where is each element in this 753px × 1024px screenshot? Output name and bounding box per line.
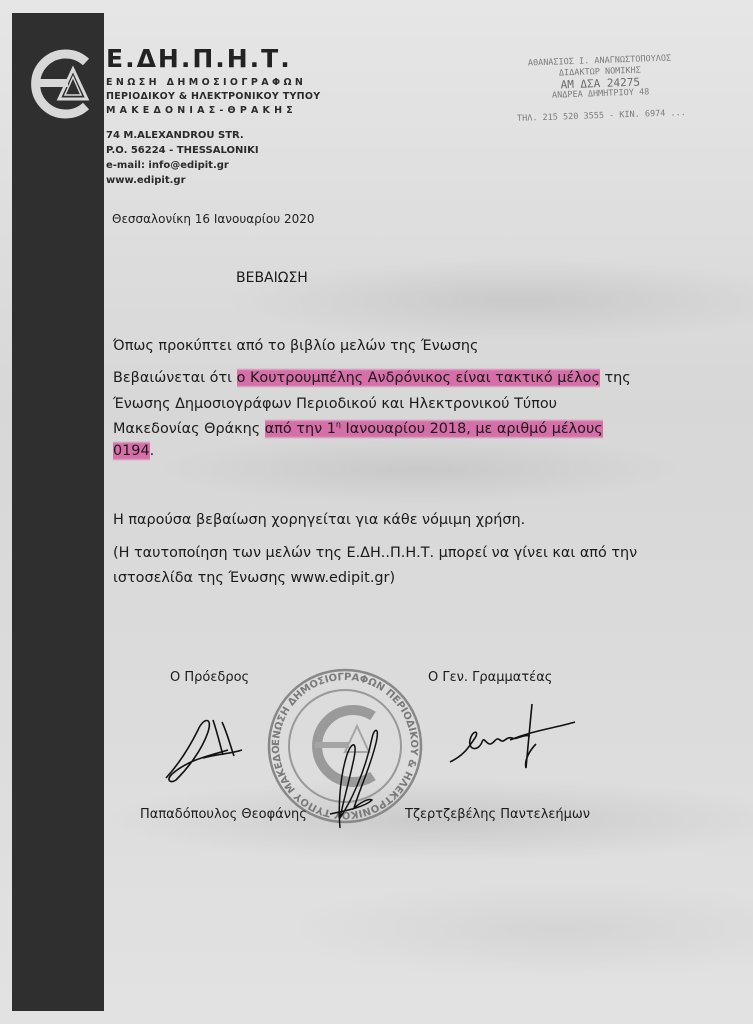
highlighted-text: ο Κουτρουμπέλης Ανδρόνικος είναι τακτικό… bbox=[237, 368, 600, 388]
address-email: e-mail: info@edipit.gr bbox=[106, 160, 229, 171]
seal-overlap-signature bbox=[310, 718, 390, 838]
intro-line: Όπως προκύπτει από το βιβλίο μελών της Έ… bbox=[113, 338, 478, 354]
secretary-role: Ο Γεν. Γραμματέας bbox=[428, 670, 552, 685]
body-line: Ένωσης Δημοσιογράφων Περιοδικού και Ηλεκ… bbox=[113, 396, 557, 412]
body-line: Βεβαιώνεται ότι ο Κουτρουμπέλης Ανδρόνικ… bbox=[113, 370, 631, 386]
secretary-signature bbox=[440, 700, 580, 775]
purpose-line: Η παρούσα βεβαίωση χορηγείται για κάθε ν… bbox=[113, 512, 525, 528]
note-line: (Η ταυτοποίηση των μελών της Ε.ΔΗ..Π.Η.Τ… bbox=[113, 545, 637, 561]
secretary-name: Τζερτζεβέλης Παντελεήμων bbox=[405, 807, 590, 822]
org-name-line: ΠΕΡΙΟΔΙΚΟΥ & ΗΛΕΚΤΡΟΝΙΚΟΥ ΤΥΠΟΥ bbox=[106, 91, 320, 102]
body-text: Ιανουαρίου 2018, με αριθμό μέλους bbox=[341, 421, 603, 437]
address-po: P.O. 56224 - THESSALONIKI bbox=[106, 145, 259, 156]
highlighted-text: από την 1η Ιανουαρίου 2018, με αριθμό μέ… bbox=[265, 419, 603, 439]
org-name-line: ΜΑΚΕΔΟΝΙΑΣ-ΘΡΑΚΗΣ bbox=[106, 105, 297, 116]
address-street: 74 M.ALEXANDROU STR. bbox=[106, 130, 244, 141]
address-website: www.edipit.gr bbox=[106, 175, 186, 186]
president-name: Παπαδόπουλος Θεοφάνης bbox=[140, 807, 307, 822]
edipit-logo-icon bbox=[20, 44, 98, 122]
body-text: Βεβαιώνεται ότι bbox=[113, 370, 237, 386]
org-acronym: Ε.ΔΗ.Π.Η.Τ. bbox=[106, 44, 292, 73]
note-line: ιστοσελίδα της Ένωσης www.edipit.gr) bbox=[113, 570, 395, 586]
body-text: της bbox=[600, 370, 631, 386]
letterhead-side-bar bbox=[12, 13, 104, 1011]
president-signature bbox=[158, 710, 248, 785]
org-name-line: ΕΝΩΣΗ ΔΗΜΟΣΙΟΓΡΑΦΩΝ bbox=[106, 77, 306, 88]
member-number: 0194 bbox=[113, 441, 150, 461]
body-line: 0194. bbox=[113, 443, 154, 459]
body-line: Μακεδονίας Θράκης από την 1η Ιανουαρίου … bbox=[113, 420, 603, 437]
body-text: από την 1 bbox=[265, 421, 336, 437]
body-text: Μακεδονίας Θράκης bbox=[113, 421, 265, 437]
document-date: Θεσσαλονίκη 16 Ιανουαρίου 2020 bbox=[112, 212, 315, 226]
document-title: ΒΕΒΑΙΩΣΗ bbox=[236, 270, 308, 286]
president-role: Ο Πρόεδρος bbox=[170, 670, 249, 685]
body-text: . bbox=[150, 443, 155, 459]
lawyer-stamp: ΑΘΑΝΑΣΙΟΣ Ι. ΑΝΑΓΝΩΣΤΟΠΟΥΛΟΣ ΔΙΔΑΚΤΩΡ ΝΟ… bbox=[507, 53, 694, 125]
